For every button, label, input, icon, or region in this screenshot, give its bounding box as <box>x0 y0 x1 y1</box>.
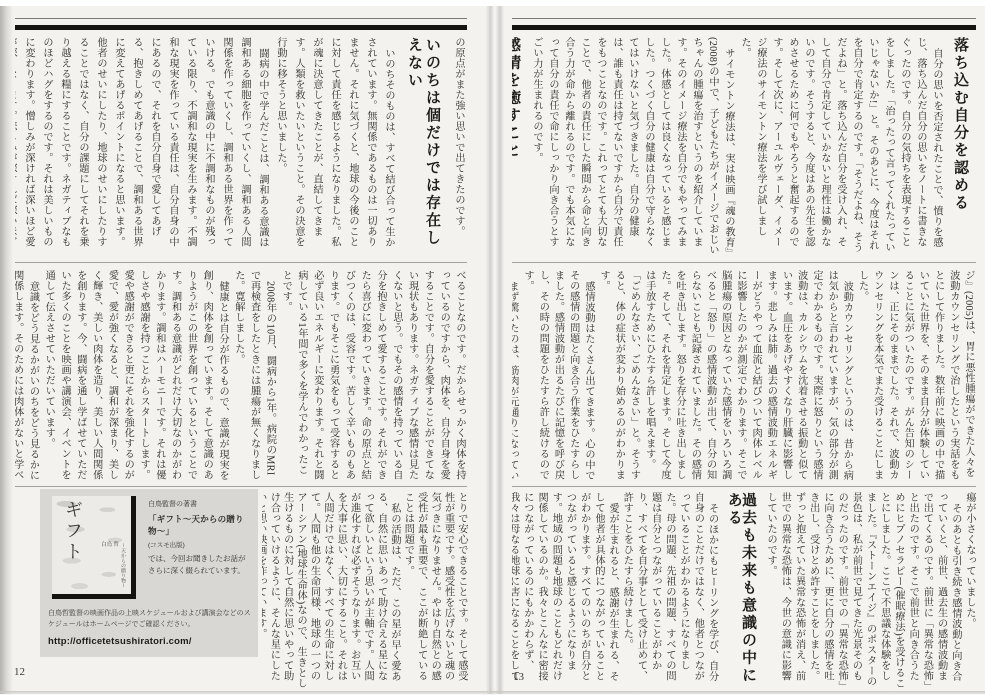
schedule-note: 白鳥哲監督の映画作品の上映スケジュールおよび講演会などのスケジュールはホームペー… <box>48 609 252 630</box>
page-bottom-shadow <box>0 691 985 695</box>
book-cover: ギフト 白鳥 哲 〜天からの贈り物〜 <box>52 496 136 599</box>
paragraph: ジ』(2005)は、胃に悪性腫瘍ができた人々を波動カウンセリングで治したという実… <box>854 270 976 481</box>
paragraph: 私の活動は、ただ、この星が早く愛ある、自然に思いあって助け合える星になって欲しい… <box>262 492 401 690</box>
paragraph: とりで安心できることです。そして感受性が重要です。感受性を広げないと魂の気づきに… <box>401 492 468 690</box>
book-ad-description: では、今回お聞きしたお話が さらに深く綴られています。 <box>148 553 252 576</box>
book-spread: 落ち込む自分を認める 自分の思いを否定されたことで、憤りを感じ、落ち込んだ自分の… <box>0 0 985 698</box>
page13-middle-band: ジ』(2005)は、胃に悪性腫瘍ができた人々を波動カウンセリングで治したという実… <box>512 270 976 481</box>
website-url: http://officetetsushiratori.com/ <box>48 636 192 647</box>
band-divider <box>512 486 976 487</box>
paragraph: 自分の思いを否定されたことで、憤りを感じ、落ち込んだ自分の思いをノートに書きなぐ… <box>736 37 944 255</box>
page-number-13: 13 <box>513 671 524 683</box>
book-ad-desc-line2: さらに深く綴られています。 <box>148 565 252 577</box>
paragraph: まず驚いたのは、筋肉が元通りになっていたのです。次に声が出始めました。そして、翌… <box>512 270 520 481</box>
paragraph: そのほかにもヒーリングを学び、自分自身のことだけではなく、他者とつながっているこ… <box>619 492 718 690</box>
paragraph: いのちそのものは、すべて結び合って生かされています。無関係であるものは一切ありま… <box>271 37 397 255</box>
book-ad-title: 「ギフト〜天からの贈り物〜」 <box>148 513 252 537</box>
book-cover-title: ギフト <box>60 500 86 563</box>
book-ad-box: ギフト 白鳥 哲 〜天からの贈り物〜 白鳥監督の著書 「ギフト〜天からの贈り物〜… <box>40 489 258 657</box>
page-edge-shadow <box>0 6 13 694</box>
section-heading: 過去も未来も意識の中にある <box>727 492 755 690</box>
page13-top-band: 落ち込む自分を認める 自分の思いを否定されたことで、憤りを感じ、落ち込んだ自分の… <box>512 37 976 255</box>
book-ad-desc-line1: では、今回お聞きしたお話が <box>148 553 252 565</box>
paragraph: 2008年の10月、闘病から1年。病院のMRIで再検査をしたときには腫瘍が無くな… <box>230 270 277 481</box>
paragraph: 瘍が小さくなっていました。 <box>962 492 976 690</box>
page-number-12: 12 <box>14 666 25 678</box>
paragraph: そのあとも引き続き感情波動と向き合っていくと、前世、過去生の感情波動まで出てくる… <box>763 492 962 690</box>
section-heading: いのちは個だけでは存在しえない <box>405 37 441 255</box>
paragraph: 感情波動はたくさん出てきます。心の中でその感情の問題と向き合う作業をひたすらしま… <box>520 270 596 481</box>
page13-bottom-band: 瘍が小さくなっていました。 そのあとも引き続き感情波動と向き合っていくと、前世、… <box>512 492 976 690</box>
header-rule-thick-right <box>512 25 976 30</box>
band-divider <box>512 262 976 263</box>
section-heading: 落ち込む自分を認める <box>952 37 968 255</box>
book-ad-publisher: (コスモ出版) <box>148 540 252 549</box>
band-divider <box>15 262 467 263</box>
book-ad-label: 白鳥監督の著書 <box>148 499 252 509</box>
paragraph: べることなのです。だからせっかく肉体を持っているのですから、肉体を、自分自身を愛… <box>277 270 467 481</box>
paragraph: 愛が生まれると、感謝が生まれる、そして他者が具体的につながっていることがわかりま… <box>512 492 619 690</box>
page12-top-band: の原点がまた強い思いで出てきたのです。 いのちは個だけでは存在しえない いのちそ… <box>15 37 467 255</box>
paragraph: サイモントン療法は、実は映画『魂の教育』(2008)の中で、子どもたちがイメージ… <box>528 37 736 255</box>
spine-gutter <box>486 6 504 694</box>
header-rule-thin-right <box>512 18 976 19</box>
book-ad-text: 白鳥監督の著書 「ギフト〜天からの贈り物〜」 (コスモ出版) では、今回お聞きし… <box>148 499 252 576</box>
header-rule-thick-left <box>15 25 467 30</box>
book-cover-subtitle: 〜天からの贈り物〜 <box>119 543 126 588</box>
page12-bottom-band: とりで安心できることです。そして感受性が重要です。感受性を広げないと魂の気づきに… <box>262 492 468 690</box>
band-divider <box>15 486 467 487</box>
paragraph: 波動カウンセリングというのは、昔から病は気からと言われていますが、気の部分が測定… <box>596 270 854 481</box>
paragraph: 意識をどう見るかがいのちをどう見るかに関係します。そのためには肉体がないと学べま… <box>15 270 40 481</box>
section-heading: 感情を癒すこと <box>512 37 520 255</box>
header-rule-thin-left <box>15 18 467 19</box>
book-cover-author: 白鳥 哲 <box>101 540 119 548</box>
paragraph: 健康とは自分が作るもので、意識が現実を創り、肉体を創っています。そして意識のあり… <box>40 270 230 481</box>
page12-middle-band: べることなのです。だからせっかく肉体を持っているのですから、肉体を、自分自身を愛… <box>15 270 467 481</box>
paragraph: の原点がまた強い思いで出てきたのです。 <box>449 37 467 255</box>
paragraph: 闘病の中で学んだことは、調和ある意識は調和ある細胞を作っていくし、調和ある人間関… <box>15 37 271 255</box>
